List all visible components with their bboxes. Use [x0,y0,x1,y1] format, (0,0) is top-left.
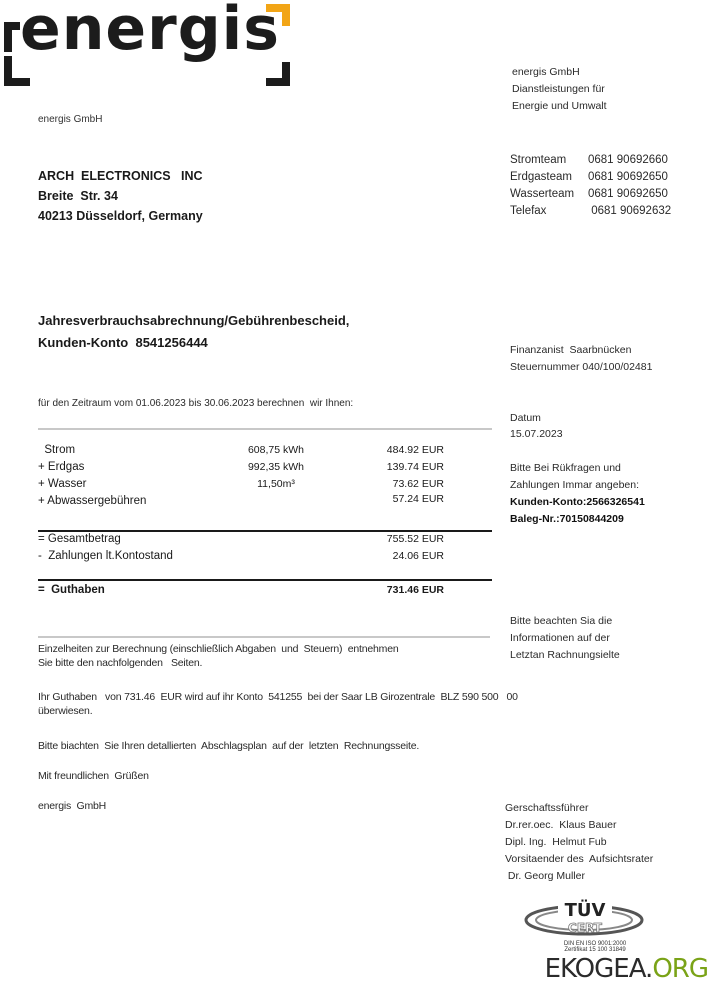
logo-bracket-top-left-bar [4,22,20,30]
date-value: 15.07.2023 [510,426,563,442]
tax-number: Steuernummer 040/100/02481 [510,359,652,376]
contact-label: Erdgasteam [510,169,588,186]
contact-row: Stromteam 0681 90692660 [510,152,671,169]
management-person: Dr.rer.oec. Klaus Bauer [505,817,653,834]
details-line-1: Einzelheiten zur Berechnung (einschließl… [38,642,399,656]
energis-logo: energis [0,0,300,90]
credit-paragraph: Ihr Guthaben von 731.46 EUR wird auf ihr… [38,690,518,718]
billing-row: + Abwassergebühren 57.24 EUR [38,495,492,512]
item-label: + Abwassergebühren [38,495,146,507]
billing-period: für den Zeitraum vom 01.06.2023 bis 30.0… [38,398,353,409]
contact-list: Stromteam 0681 90692660 Erdgasteam 0681 … [510,152,671,220]
item-amount: 484.92 EUR [387,444,444,456]
recipient-address: ARCH ELECTRONICS INC Breite Str. 34 4021… [38,166,203,226]
item-quantity: 992,35 kWh [206,461,346,473]
tuv-emblem-icon: TÜV CERT [522,898,672,942]
management-title: Gerschaftssführer [505,800,653,817]
logo-text: energis [20,0,280,64]
contact-fax: 0681 90692632 [588,203,671,220]
contact-row: Wasserteam 0681 90692650 [510,186,671,203]
document-number: Baleg-Nr.:70150844209 [510,511,645,528]
contact-label: Stromteam [510,152,588,169]
sender-line: energis GmbH [38,114,102,125]
details-line-2: Sie bitte den nachfolgenden Seiten. [38,656,399,670]
watermark-part-1: EKOGEA. [545,954,653,984]
contact-phone: 0681 90692650 [588,186,668,203]
item-quantity: 608,75 kWh [206,444,346,456]
ekogea-watermark: EKOGEA.ORG [545,954,708,984]
supervisory-title: Vorsitaender des Aufsichtsrater [505,851,653,868]
payments-row: - Zahlungen lt.Kontostand 24.06 EUR [38,550,492,567]
date-label: Datum [510,410,563,426]
billing-total: = Guthaben 731.46 EUR [38,584,492,601]
reference-note-2: Zahlungen Immar angeben: [510,477,645,494]
item-amount: 139.74 EUR [387,461,444,473]
item-label: + Erdgas [38,461,84,473]
notice-line-1: Bitte beachten Sia die [510,613,620,630]
item-quantity: 11,50m³ [206,478,346,490]
billing-row: Strom 608,75 kWh 484.92 EUR [38,444,492,461]
tuv-cert-logo: TÜV CERT DIN EN ISO 9001:2000 Zertifikat… [522,898,672,956]
company-name: energis GmbH [512,64,607,81]
contact-label: Telefax [510,203,588,220]
date-block: Datum 15.07.2023 [510,410,563,442]
notice-line-3: Letztan Rachnungsielte [510,647,620,664]
credit-line-2: überwiesen. [38,704,518,718]
divider [38,579,492,581]
notice-line-2: Informationen auf der [510,630,620,647]
plan-paragraph: Bitte biachten Sie Ihren detallierten Ab… [38,739,419,753]
item-amount: 73.62 EUR [393,478,444,490]
divider [38,428,492,430]
company-info: energis GmbH Dianstleistungen für Energi… [512,64,607,115]
reference-block: Bitte Bei Rükfragen und Zahlungen Immar … [510,460,645,528]
contact-phone: 0681 90692660 [588,152,668,169]
recipient-street: Breite Str. 34 [38,186,203,206]
contact-row: Telefax 0681 90692632 [510,203,671,220]
signature: energis GmbH [38,799,106,813]
divider [38,530,492,532]
company-tagline-1: Dianstleistungen für [512,81,607,98]
divider [38,636,490,638]
recipient-name: ARCH ELECTRONICS INC [38,166,203,186]
item-label: Strom [38,444,75,456]
item-amount: 57.24 EUR [393,493,444,505]
tuv-sub: CERT [568,921,603,935]
title-line-1: Jahresverbrauchsabrechnung/Gebührenbesch… [38,310,349,332]
item-label: + Wasser [38,478,86,490]
closing-greeting: Mit freundlichen Grüßen [38,769,149,783]
logo-bracket-bottom-right-bar [266,78,290,86]
contact-row: Erdgasteam 0681 90692650 [510,169,671,186]
document-title: Jahresverbrauchsabrechnung/Gebührenbesch… [38,310,349,354]
company-tagline-2: Energie und Umwalt [512,98,607,115]
management-person: Dipl. Ing. Helmut Fub [505,834,653,851]
subtotal-row: = Gesamtbetrag 755.52 EUR [38,533,492,550]
tax-info: Finanzanist Saarbnücken Steuernummer 040… [510,342,652,376]
subtotal-amount: 755.52 EUR [387,533,444,545]
billing-summary: = Gesamtbetrag 755.52 EUR - Zahlungen lt… [38,533,492,567]
details-paragraph: Einzelheiten zur Berechnung (einschließl… [38,642,399,670]
watermark-part-2: ORG [652,954,708,984]
reference-note-1: Bitte Bei Rükfragen und [510,460,645,477]
tax-office: Finanzanist Saarbnücken [510,342,652,359]
payments-label: - Zahlungen lt.Kontostand [38,550,173,562]
logo-bracket-bottom-left-bar [4,78,30,86]
logo-bracket-top-right [282,4,290,26]
management-block: Gerschaftssführer Dr.rer.oec. Klaus Baue… [505,800,653,885]
billing-row: + Erdgas 992,35 kWh 139.74 EUR [38,461,492,478]
notice-block: Bitte beachten Sia die Informationen auf… [510,613,620,664]
total-amount: 731.46 EUR [387,584,444,596]
title-line-2: Kunden-Konto 8541256444 [38,332,349,354]
credit-line-1: Ihr Guthaben von 731.46 EUR wird auf ihr… [38,690,518,704]
customer-account: Kunden-Konto:2566326541 [510,494,645,511]
cert-number: Zertifikat 15 100 31849 [540,947,650,954]
recipient-city: 40213 Düsseldorf, Germany [38,206,203,226]
billing-items: Strom 608,75 kWh 484.92 EUR + Erdgas 992… [38,444,492,512]
tuv-brand: TÜV [565,899,606,921]
supervisory-person: Dr. Georg Muller [505,868,653,885]
total-row: = Guthaben 731.46 EUR [38,584,492,601]
subtotal-label: = Gesamtbetrag [38,533,121,545]
payments-amount: 24.06 EUR [393,550,444,562]
contact-phone: 0681 90692650 [588,169,668,186]
contact-label: Wasserteam [510,186,588,203]
total-label: = Guthaben [38,584,105,596]
